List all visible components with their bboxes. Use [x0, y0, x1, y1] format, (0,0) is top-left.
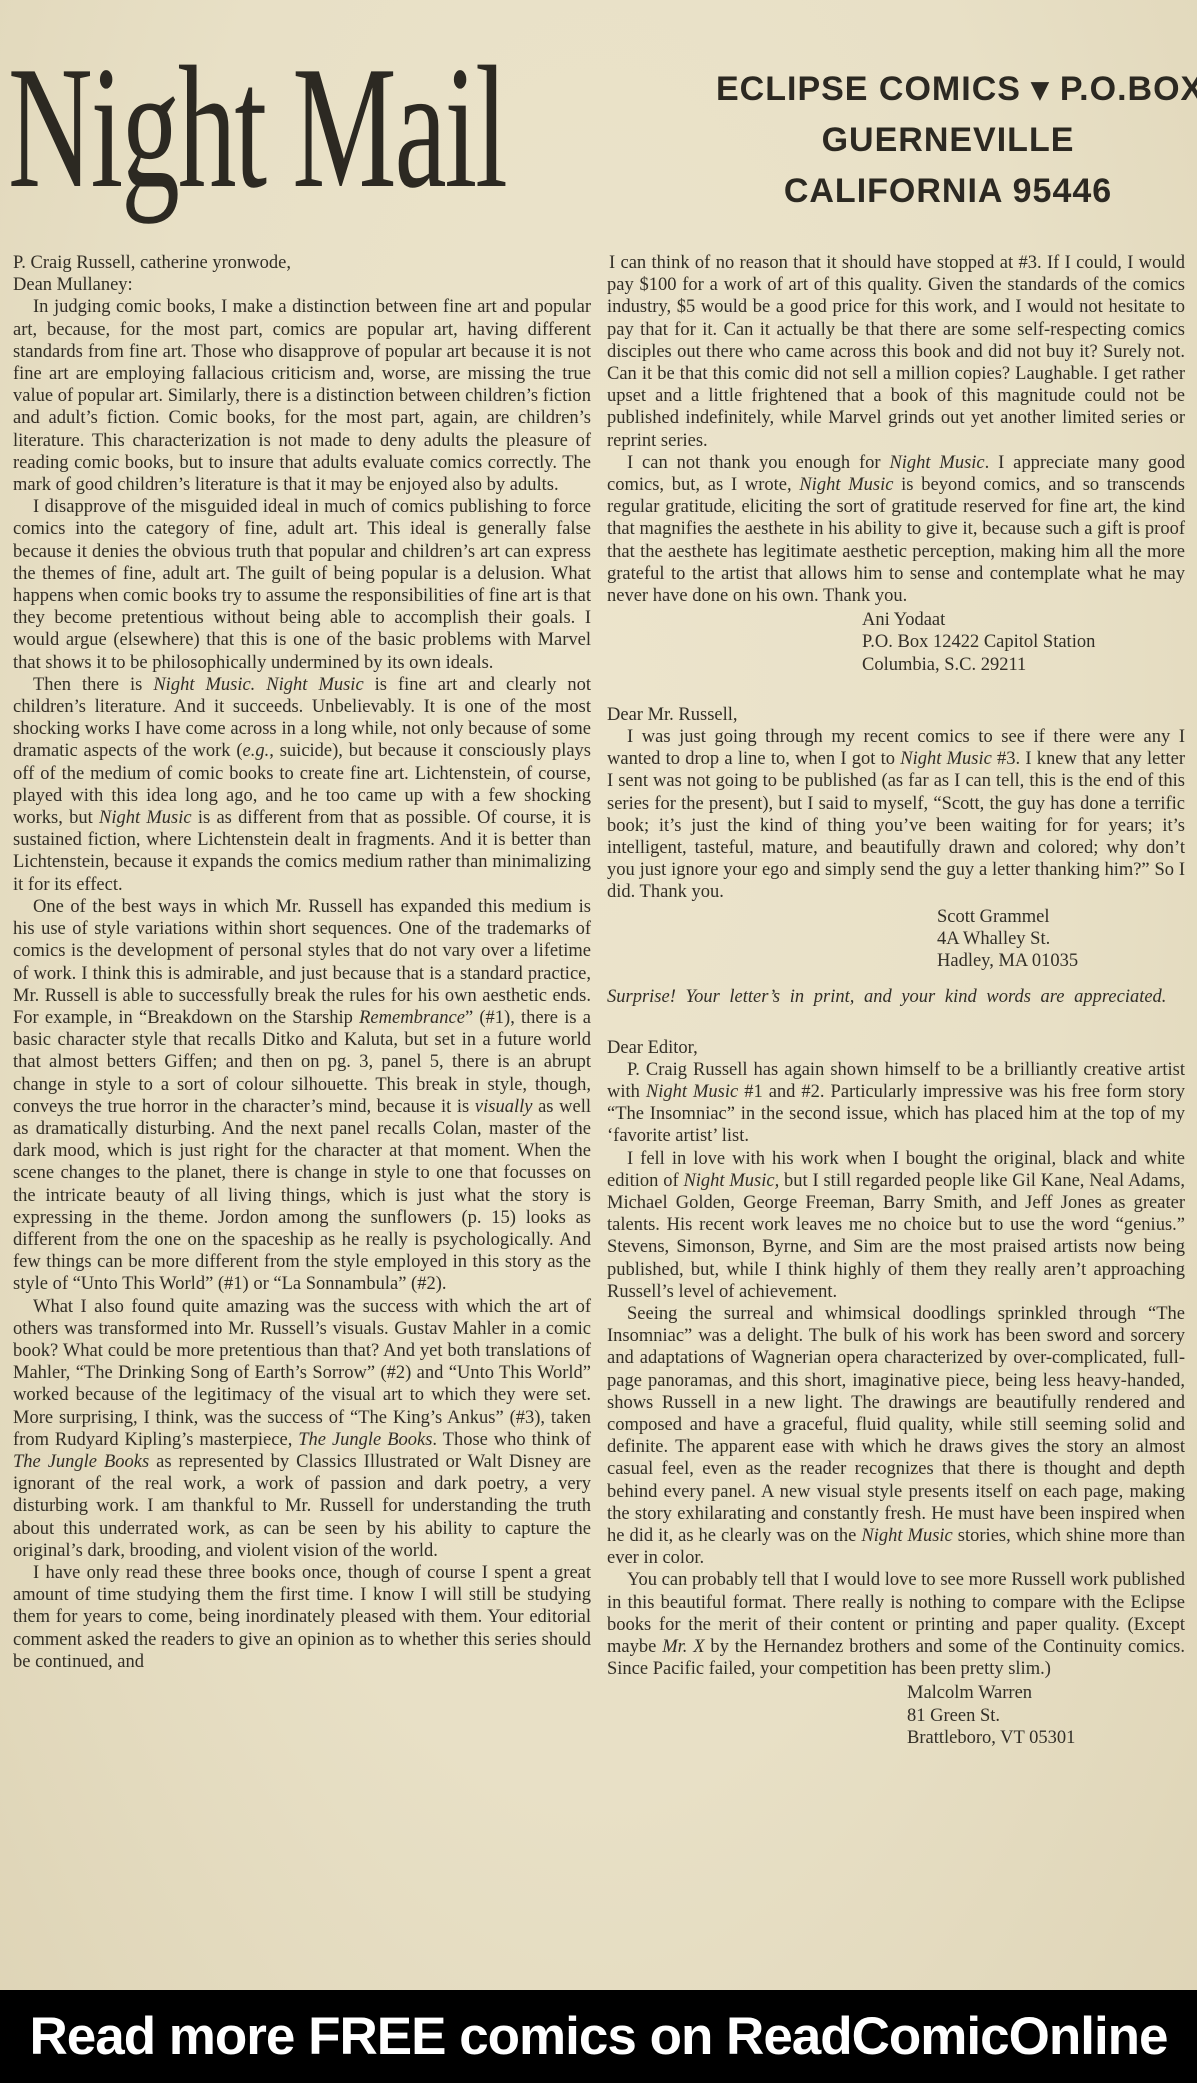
letter-addressees: Dean Mullaney: [13, 274, 591, 296]
publisher-address-line: ECLIPSE COMICS ▾ P.O.BOX 199 [716, 64, 1180, 115]
letter-paragraph: You can probably tell that I would love … [607, 1569, 1185, 1680]
banner-text: Read more FREE comics on ReadComicOnline [29, 2006, 1167, 2067]
page-title: Night Mail [8, 40, 506, 215]
letter-paragraph: Then there is Night Music. Night Music i… [13, 674, 591, 896]
letter-paragraph: I have only read these three books once,… [13, 1562, 591, 1673]
letter-paragraph: P. Craig Russell has again shown himself… [607, 1059, 1185, 1148]
letters-content: P. Craig Russell, catherine yronwode,Dea… [13, 252, 1185, 1751]
letter-signature: Malcolm Warren81 Green St.Brattleboro, V… [907, 1682, 1185, 1749]
letter-addressees: P. Craig Russell, catherine yronwode, [13, 252, 591, 274]
letter-paragraph: I can think of no reason that it should … [607, 252, 1185, 452]
signature-line: Malcolm Warren [907, 1682, 1185, 1704]
editor-reply: Surprise! Your letter’s in print, and yo… [607, 986, 1185, 1008]
signature-line: Hadley, MA 01035 [937, 950, 1185, 972]
letter-paragraph: One of the best ways in which Mr. Russel… [13, 896, 591, 1296]
letter-salutation: Dear Mr. Russell, [607, 704, 1185, 726]
publisher-address-line: CALIFORNIA 95446 [716, 166, 1180, 217]
signature-line: Ani Yodaat [862, 609, 1185, 631]
letter-signature: Scott Grammel4A Whalley St.Hadley, MA 01… [937, 906, 1185, 973]
letter-paragraph: I was just going through my recent comic… [607, 726, 1185, 904]
publisher-address-line: GUERNEVILLE [716, 115, 1180, 166]
letter-paragraph: What I also found quite amazing was the … [13, 1296, 591, 1562]
signature-line: P.O. Box 12422 Capitol Station [862, 631, 1185, 653]
signature-line: Scott Grammel [937, 906, 1185, 928]
letter-paragraph: In judging comic books, I make a distinc… [13, 296, 591, 496]
letters-page: Night Mail ECLIPSE COMICS ▾ P.O.BOX 199 … [0, 0, 1197, 2083]
letter-paragraph: I fell in love with his work when I boug… [607, 1148, 1185, 1303]
letters-right-column: I can think of no reason that it should … [607, 252, 1185, 1751]
publisher-address: ECLIPSE COMICS ▾ P.O.BOX 199 GUERNEVILLE… [716, 64, 1180, 217]
signature-line: 81 Green St. [907, 1705, 1185, 1727]
signature-line: Columbia, S.C. 29211 [862, 654, 1185, 676]
signature-line: 4A Whalley St. [937, 928, 1185, 950]
letters-left-column: P. Craig Russell, catherine yronwode,Dea… [13, 252, 591, 1751]
letter-paragraph: I disapprove of the misguided ideal in m… [13, 496, 591, 674]
signature-line: Brattleboro, VT 05301 [907, 1727, 1185, 1749]
letter-paragraph: I can not thank you enough for Night Mus… [607, 452, 1185, 607]
letter-paragraph: Seeing the surreal and whimsical doodlin… [607, 1303, 1185, 1569]
letter-salutation: Dear Editor, [607, 1037, 1185, 1059]
letter-signature: Ani YodaatP.O. Box 12422 Capitol Station… [862, 609, 1185, 676]
masthead: Night Mail ECLIPSE COMICS ▾ P.O.BOX 199 … [0, 0, 1197, 250]
footer-banner: Read more FREE comics on ReadComicOnline [0, 1990, 1197, 2083]
